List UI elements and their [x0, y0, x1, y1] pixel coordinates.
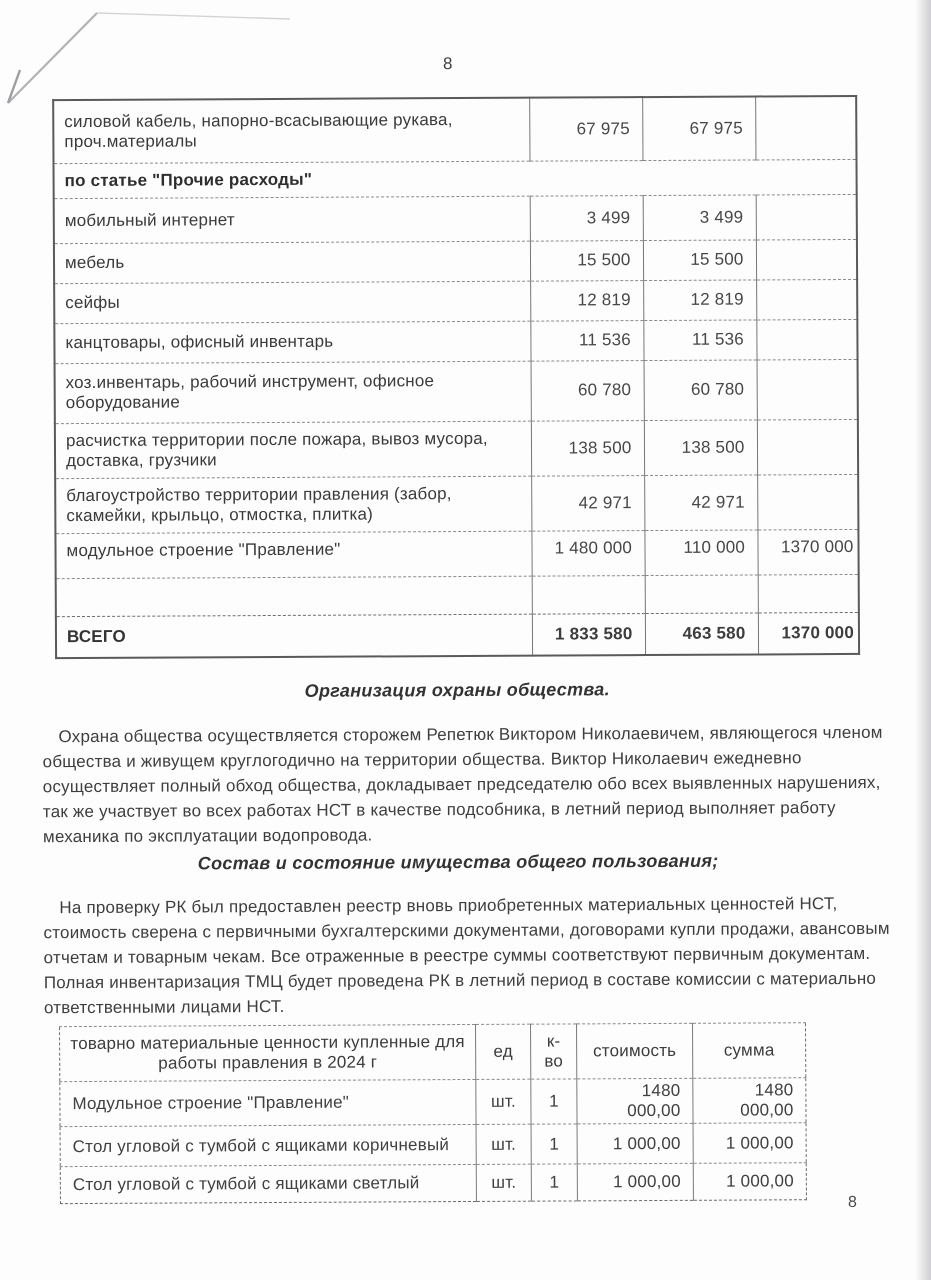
expense-amount-2: 11 536	[643, 319, 756, 360]
expense-amount-1: 15 500	[530, 240, 643, 281]
inventory-item-price: 1 000,00	[577, 1123, 693, 1164]
inventory-item-unit: шт.	[476, 1124, 531, 1164]
expense-amount-3	[757, 474, 858, 530]
expense-amount-3	[757, 359, 858, 420]
expense-amount-3	[756, 319, 857, 360]
inventory-header-price: стоимость	[577, 1023, 693, 1079]
inventory-row: Стол угловой с тумбой с ящиками коричнев…	[60, 1123, 806, 1167]
page-number-top: 8	[443, 54, 453, 74]
expense-amount-1	[532, 575, 645, 614]
inventory-item-qty: 1	[531, 1079, 577, 1124]
expense-label: мебель	[54, 241, 530, 283]
expense-amount-3	[755, 96, 856, 160]
expense-label: хоз.инвентарь, рабочий инструмент, офисн…	[55, 361, 531, 423]
expense-amount-2: 42 971	[644, 474, 757, 530]
expense-amount-2	[645, 574, 758, 613]
expense-row: силовой кабель, напорно-всасывающие рука…	[53, 96, 856, 163]
expense-row: расчистка территории после пожара, вывоз…	[55, 419, 858, 478]
expense-amount-1: 42 971	[531, 475, 644, 531]
inventory-item-sum: 1 000,00	[693, 1163, 806, 1201]
expense-amount-3	[756, 194, 857, 240]
expense-section-label: по статье "Прочие расходы"	[53, 159, 856, 198]
inventory-item-name: Модульное строение "Правление"	[60, 1079, 476, 1126]
inventory-item-qty: 1	[531, 1164, 577, 1201]
expense-amount-2: 138 500	[644, 419, 757, 475]
inventory-header-qty: к-во	[531, 1024, 577, 1079]
expense-label: мобильный интернет	[54, 196, 530, 243]
expense-row: мобильный интернет3 4993 499	[54, 194, 857, 243]
inventory-header-sum: сумма	[693, 1023, 806, 1079]
expense-empty-row	[56, 574, 859, 616]
inventory-item-qty: 1	[531, 1124, 577, 1164]
expense-label: сейфы	[54, 281, 530, 323]
expense-label: силовой кабель, напорно-всасывающие рука…	[53, 98, 529, 163]
inventory-header-row: товарно материальные ценности купленные …	[60, 1023, 806, 1082]
page-content: 8 силовой кабель, напорно-всасывающие ру…	[0, 0, 931, 1280]
expense-amount-2: 3 499	[643, 194, 756, 240]
scanned-page: 8 силовой кабель, напорно-всасывающие ру…	[0, 0, 931, 1280]
property-paragraph: На проверку РК был предоставлен реестр в…	[43, 891, 892, 1020]
security-paragraph: Охрана общества осуществляется сторожем …	[42, 720, 891, 849]
section-heading-security: Организация охраны общества.	[42, 678, 872, 703]
inventory-item-unit: шт.	[476, 1164, 531, 1201]
inventory-item-sum: 1 000,00	[693, 1123, 806, 1164]
inventory-table-container: товарно материальные ценности купленные …	[59, 1022, 806, 1204]
expense-amount-1: 12 819	[530, 280, 643, 321]
expense-label: ВСЕГО	[56, 614, 532, 658]
expense-label: расчистка территории после пожара, вывоз…	[55, 421, 531, 478]
inventory-item-name: Стол угловой с тумбой с ящиками коричнев…	[60, 1124, 476, 1166]
expense-amount-2: 12 819	[643, 279, 756, 320]
expenses-table: силовой кабель, напорно-всасывающие рука…	[52, 95, 860, 659]
inventory-item-price: 1 000,00	[577, 1163, 693, 1201]
expense-amount-3: 1370 000	[757, 529, 858, 575]
expense-row: модульное строение "Правление"1 480 0001…	[55, 529, 858, 578]
expense-amount-1: 11 536	[530, 320, 643, 361]
expense-row: благоустройство территории правления (за…	[55, 474, 858, 533]
inventory-item-name: Стол угловой с тумбой с ящиками светлый	[60, 1164, 476, 1203]
inventory-header-unit: ед	[476, 1024, 531, 1079]
expenses-table-container: силовой кабель, напорно-всасывающие рука…	[52, 95, 858, 659]
expense-amount-2: 110 000	[644, 529, 757, 575]
expense-amount-3	[756, 279, 857, 320]
expense-row: хоз.инвентарь, рабочий инструмент, офисн…	[55, 359, 858, 423]
expense-amount-1: 3 499	[530, 195, 643, 241]
expense-amount-3	[757, 419, 858, 475]
section-heading-property: Состав и состояние имущества общего поль…	[43, 850, 873, 875]
expense-amount-2: 67 975	[642, 96, 755, 160]
expense-amount-1: 138 500	[531, 420, 644, 476]
inventory-table: товарно материальные ценности купленные …	[59, 1022, 807, 1204]
expense-amount-3	[756, 239, 857, 280]
page-number-bottom: 8	[848, 1194, 857, 1212]
inventory-item-price: 1480 000,00	[577, 1078, 693, 1124]
expense-amount-2: 60 780	[644, 359, 757, 420]
inventory-item-sum: 1480 000,00	[693, 1078, 806, 1124]
expense-amount-1: 67 975	[529, 97, 642, 161]
expense-row: сейфы12 81912 819	[54, 279, 857, 323]
expense-row: канцтовары, офисный инвентарь11 53611 53…	[54, 319, 857, 363]
expense-amount-2: 463 580	[645, 612, 758, 655]
expense-amount-1: 60 780	[531, 360, 644, 421]
expense-amount-3: 1370 000	[758, 612, 859, 655]
inventory-item-unit: шт.	[476, 1079, 531, 1124]
expense-amount-1: 1 480 000	[531, 530, 644, 576]
expense-amount-1: 1 833 580	[532, 613, 645, 656]
expense-amount-2: 15 500	[643, 239, 756, 280]
expense-label: канцтовары, офисный инвентарь	[54, 321, 530, 363]
expense-total-row: ВСЕГО1 833 580463 5801370 000	[56, 612, 859, 658]
expense-amount-3	[758, 574, 859, 613]
expense-label: модульное строение "Правление"	[55, 531, 531, 578]
inventory-row: Стол угловой с тумбой с ящиками светлыйш…	[60, 1163, 806, 1204]
inventory-header-description: товарно материальные ценности купленные …	[60, 1024, 476, 1081]
expense-row: мебель15 50015 500	[54, 239, 857, 283]
expense-label	[56, 576, 532, 616]
expense-section-row: по статье "Прочие расходы"	[53, 159, 856, 198]
inventory-row: Модульное строение "Правление"шт.11480 0…	[60, 1078, 806, 1127]
expense-label: благоустройство территории правления (за…	[55, 476, 531, 533]
